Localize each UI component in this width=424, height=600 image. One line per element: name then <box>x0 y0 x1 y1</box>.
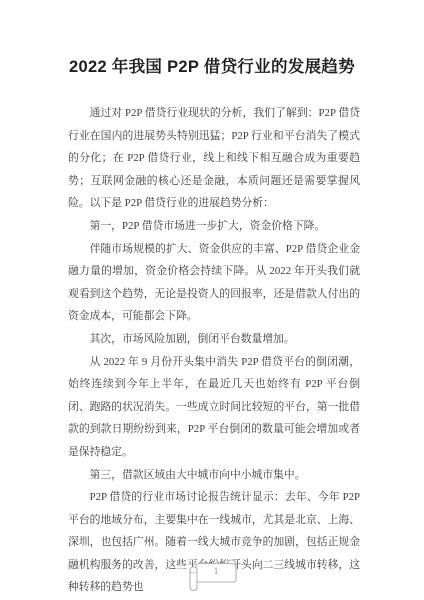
page-footer: 1 <box>0 556 424 594</box>
document-page: 2022 年我国 P2P 借贷行业的发展趋势 通过对 P2P 借贷行业现状的分析… <box>0 0 424 600</box>
paragraph-point-1-detail: 伴随市场规模的扩大、资金供应的丰富、P2P 借贷企业金融力量的增加，资金价格会持… <box>68 238 360 328</box>
document-body: 通过对 P2P 借贷行业现状的分析，我们了解到：P2P 借贷行业在国内的进展势头… <box>68 102 360 599</box>
paragraph-point-2: 其次，市场风险加剧，倒闭平台数量增加。 <box>68 328 360 351</box>
paragraph-point-1: 第一，P2P 借贷市场进一步扩大，资金价格下降。 <box>68 215 360 238</box>
scroll-banner-icon: 1 <box>181 556 243 594</box>
page-number: 1 <box>199 564 233 578</box>
document-title: 2022 年我国 P2P 借贷行业的发展趋势 <box>0 0 424 79</box>
paragraph-point-2-detail: 从 2022 年 9 月份开头集中消失 P2P 借贷平台的倒闭潮，始终连续到今年… <box>68 351 360 464</box>
paragraph-point-3: 第三，借款区域由大中城市向中小城市集中。 <box>68 464 360 487</box>
paragraph-intro: 通过对 P2P 借贷行业现状的分析，我们了解到：P2P 借贷行业在国内的进展势头… <box>68 102 360 215</box>
